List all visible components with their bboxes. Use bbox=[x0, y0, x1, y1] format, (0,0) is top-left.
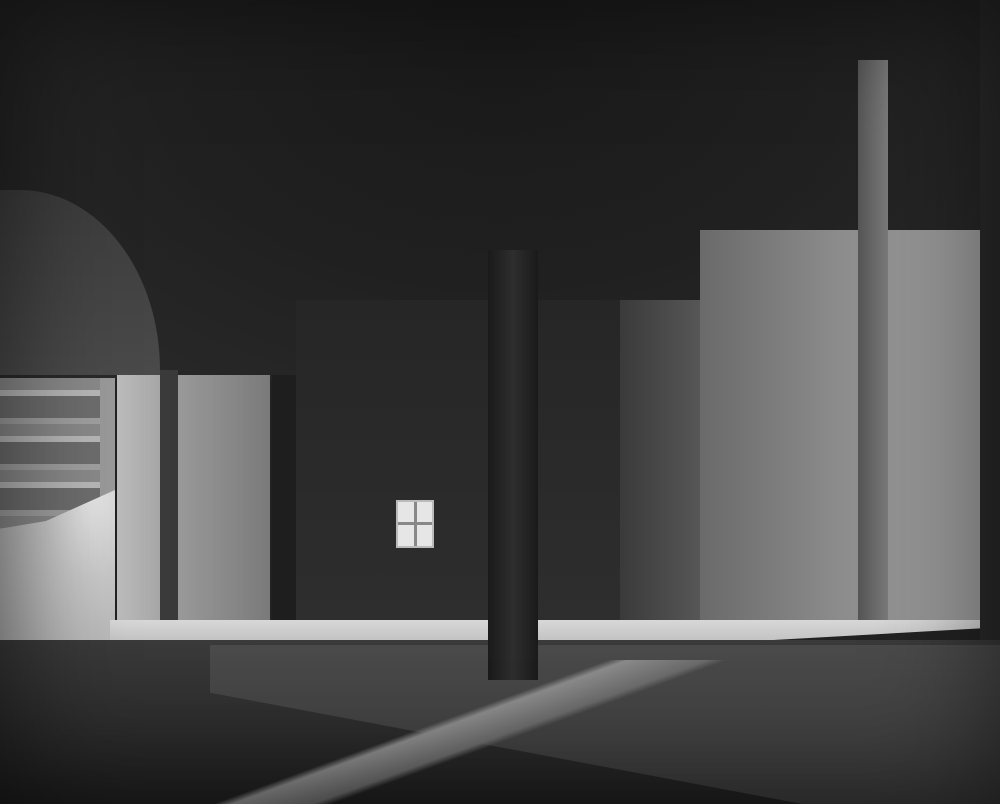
center-column bbox=[488, 250, 538, 680]
middle-wall bbox=[620, 300, 710, 620]
back-wall bbox=[296, 300, 626, 630]
door-post bbox=[272, 375, 296, 640]
right-pilaster bbox=[858, 60, 888, 620]
back-window bbox=[396, 500, 434, 548]
photograph bbox=[0, 0, 1000, 804]
right-edge-column bbox=[980, 0, 1000, 640]
wall-left-shadow bbox=[175, 375, 270, 625]
right-wall bbox=[700, 230, 980, 620]
left-pillar bbox=[160, 370, 178, 625]
slab-edge-highlight bbox=[210, 660, 810, 804]
